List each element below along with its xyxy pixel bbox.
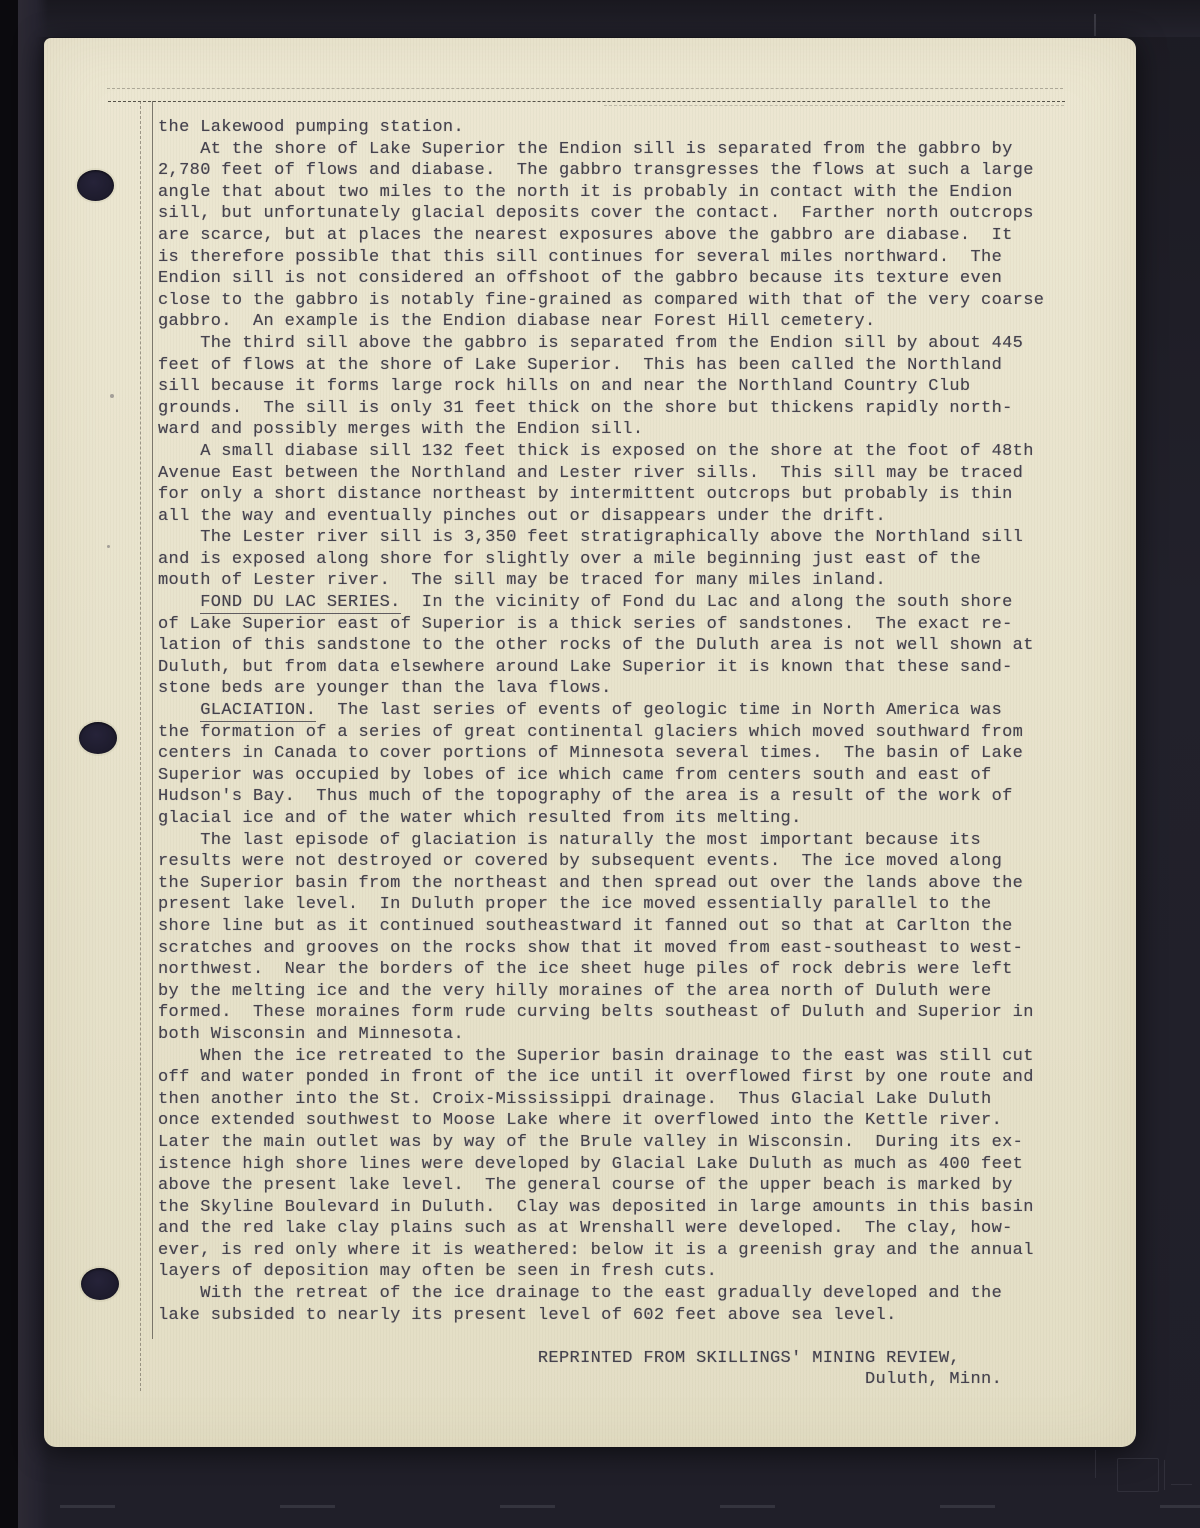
text-line: the Lakewood pumping station. — [158, 117, 1118, 139]
text-line: glacial ice and of the water which resul… — [158, 808, 1118, 830]
text-line: above the present lake level. The genera… — [158, 1175, 1118, 1197]
text-line: grounds. The sill is only 31 feet thick … — [158, 398, 1118, 420]
text-line: The Lester river sill is 3,350 feet stra… — [158, 527, 1118, 549]
typed-top-rule-line — [108, 101, 1065, 102]
text-line: ward and possibly merges with the Endion… — [158, 419, 1118, 441]
text-line: sill, but unfortunately glacial deposits… — [158, 203, 1118, 225]
text-line: close to the gabbro is notably fine-grai… — [158, 290, 1118, 312]
text-line: Endion sill is not considered an offshoo… — [158, 268, 1118, 290]
text-line: formed. These moraines form rude curving… — [158, 1002, 1118, 1024]
left-margin-rule-dashed — [140, 101, 141, 1391]
photo-stage: the Lakewood pumping station. At the sho… — [0, 0, 1200, 1528]
document-page: the Lakewood pumping station. At the sho… — [44, 38, 1136, 1447]
section-heading-glaciation: GLACIATION. — [200, 701, 316, 722]
text-line: feet of flows at the shore of Lake Super… — [158, 355, 1118, 377]
scanned-document-photo: { "photo": { "paper_color": "#e8e3cd", "… — [0, 0, 1200, 1528]
paper-speck — [110, 394, 114, 398]
text-line: Superior was occupied by lobes of ice wh… — [158, 765, 1118, 787]
text-line: mouth of Lester river. The sill may be t… — [158, 570, 1118, 592]
text-line: is therefore possible that this sill con… — [158, 247, 1118, 269]
text-line: The third sill above the gabbro is separ… — [158, 333, 1118, 355]
film-frame-mark — [1117, 1458, 1159, 1492]
film-edge-strip — [0, 0, 18, 1528]
text-line: angle that about two miles to the north … — [158, 182, 1118, 204]
text-line: When the ice retreated to the Superior b… — [158, 1046, 1118, 1068]
text-line: then another into the St. Croix-Mississi… — [158, 1089, 1118, 1111]
text-line: Avenue East between the Northland and Le… — [158, 463, 1118, 485]
text-line: lation of this sandstone to the other ro… — [158, 635, 1118, 657]
text-line: Hudson's Bay. Thus much of the topograph… — [158, 786, 1118, 808]
text-line: once extended southwest to Moose Lake wh… — [158, 1110, 1118, 1132]
film-frame-mark — [1171, 1484, 1192, 1485]
text-line: layers of deposition may often be seen i… — [158, 1261, 1118, 1283]
text-line: and the red lake clay plains such as at … — [158, 1218, 1118, 1240]
punch-hole — [77, 170, 114, 201]
text-line: results were not destroyed or covered by… — [158, 851, 1118, 873]
indent — [158, 701, 200, 720]
text-line: northwest. Near the borders of the ice s… — [158, 959, 1118, 981]
film-edge-dashes — [60, 1505, 1200, 1508]
text-line: At the shore of Lake Superior the Endion… — [158, 139, 1118, 161]
heading-line-rest: The last series of events of geologic ti… — [316, 701, 1002, 720]
typed-top-rule-line — [107, 88, 1063, 89]
text-line: gabbro. An example is the Endion diabase… — [158, 311, 1118, 333]
text-line: Duluth, but from data elsewhere around L… — [158, 657, 1118, 679]
typewritten-text: the Lakewood pumping station. At the sho… — [158, 117, 1118, 1391]
paper-speck — [107, 545, 110, 548]
punch-hole — [79, 722, 117, 754]
text-line: The last episode of glaciation is natura… — [158, 830, 1118, 852]
film-frame-mark — [1095, 1450, 1096, 1478]
text-line: A small diabase sill 132 feet thick is e… — [158, 441, 1118, 463]
text-line: ever, is red only where it is weathered:… — [158, 1240, 1118, 1262]
text-line: stone beds are younger than the lava flo… — [158, 678, 1118, 700]
text-line: istence high shore lines were developed … — [158, 1154, 1118, 1176]
indent — [158, 593, 200, 612]
text-line: Later the main outlet was by way of the … — [158, 1132, 1118, 1154]
typed-top-rule-line — [604, 105, 1064, 106]
text-line: and is exposed along shore for slightly … — [158, 549, 1118, 571]
film-frame-mark — [1164, 1460, 1165, 1490]
punch-hole — [81, 1268, 119, 1300]
text-line: all the way and eventually pinches out o… — [158, 506, 1118, 528]
section-heading-line: FOND DU LAC SERIES. In the vicinity of F… — [158, 592, 1118, 614]
attribution-line: Duluth, Minn. — [158, 1369, 1118, 1391]
text-line: lake subsided to nearly its present leve… — [158, 1305, 1118, 1327]
text-line: shore line but as it continued southeast… — [158, 916, 1118, 938]
text-line: off and water ponded in front of the ice… — [158, 1067, 1118, 1089]
text-line: are scarce, but at places the nearest ex… — [158, 225, 1118, 247]
text-line: for only a short distance northeast by i… — [158, 484, 1118, 506]
left-margin-rule — [152, 101, 153, 1339]
text-line: of Lake Superior east of Superior is a t… — [158, 614, 1118, 636]
heading-line-rest: In the vicinity of Fond du Lac and along… — [401, 593, 1013, 612]
section-heading-line: GLACIATION. The last series of events of… — [158, 700, 1118, 722]
text-line: the formation of a series of great conti… — [158, 722, 1118, 744]
text-line: both Wisconsin and Minnesota. — [158, 1024, 1118, 1046]
text-line: centers in Canada to cover portions of M… — [158, 743, 1118, 765]
text-line: by the melting ice and the very hilly mo… — [158, 981, 1118, 1003]
text-line: sill because it forms large rock hills o… — [158, 376, 1118, 398]
attribution-line: REPRINTED FROM SKILLINGS' MINING REVIEW, — [158, 1348, 1118, 1370]
text-line: present lake level. In Duluth proper the… — [158, 894, 1118, 916]
text-line: scratches and grooves on the rocks show … — [158, 938, 1118, 960]
background-top-band — [0, 0, 1200, 37]
text-line: With the retreat of the ice drainage to … — [158, 1283, 1118, 1305]
text-line: 2,780 feet of flows and diabase. The gab… — [158, 160, 1118, 182]
scratch-mark — [1094, 14, 1096, 36]
text-line: the Skyline Boulevard in Duluth. Clay wa… — [158, 1197, 1118, 1219]
section-heading-fond-du-lac: FOND DU LAC SERIES. — [200, 593, 400, 614]
text-line: the Superior basin from the northeast an… — [158, 873, 1118, 895]
blank-line — [158, 1326, 1118, 1348]
